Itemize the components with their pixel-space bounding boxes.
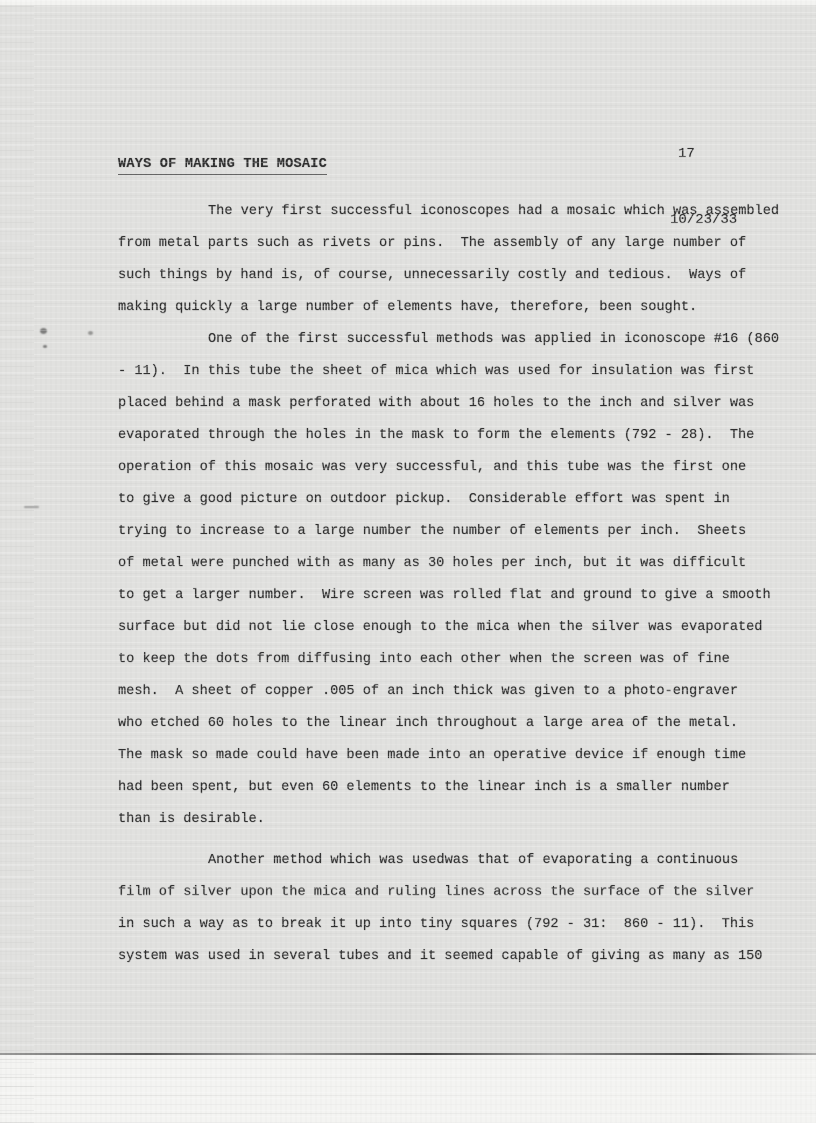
text-line: placed behind a mask perforated with abo…: [118, 388, 790, 420]
scan-fold-line-artifact: [0, 1053, 816, 1055]
scanned-document-page: 17 10/23/33 WAYS OF MAKING THE MOSAIC Th…: [0, 0, 816, 1123]
text-line: film of silver upon the mica and ruling …: [118, 877, 790, 909]
text-line: to keep the dots from diffusing into eac…: [118, 644, 790, 676]
ink-smudge: [43, 345, 47, 348]
text-line: in such a way as to break it up into tin…: [118, 909, 790, 941]
text-line: trying to increase to a large number the…: [118, 516, 790, 548]
text-line: surface but did not lie close enough to …: [118, 612, 790, 644]
ink-smudge: [88, 331, 93, 335]
text-line: Another method which was usedwas that of…: [118, 845, 790, 877]
text-line: evaporated through the holes in the mask…: [118, 420, 790, 452]
paragraphs: The very first successful iconoscopes ha…: [118, 196, 790, 973]
text-line: had been spent, but even 60 elements to …: [118, 772, 790, 804]
text-line: from metal parts such as rivets or pins.…: [118, 228, 790, 260]
document-title: WAYS OF MAKING THE MOSAIC: [118, 157, 327, 175]
paragraph: One of the first successful methods was …: [118, 324, 790, 836]
text-line: than is desirable.: [118, 804, 790, 836]
text-line: mesh. A sheet of copper .005 of an inch …: [118, 676, 790, 708]
scan-bottom-band-artifact: [0, 1055, 816, 1123]
typewritten-content: 17 10/23/33 WAYS OF MAKING THE MOSAIC Th…: [0, 0, 816, 1123]
scan-left-edge-streaks: [0, 0, 34, 1123]
paragraph: The very first successful iconoscopes ha…: [118, 196, 790, 324]
text-line: to give a good picture on outdoor pickup…: [118, 484, 790, 516]
text-line: such things by hand is, of course, unnec…: [118, 260, 790, 292]
page-number: 17: [670, 143, 737, 165]
text-line: - 11). In this tube the sheet of mica wh…: [118, 356, 790, 388]
text-line: who etched 60 holes to the linear inch t…: [118, 708, 790, 740]
paragraph: Another method which was usedwas that of…: [118, 845, 790, 973]
text-line: system was used in several tubes and it …: [118, 941, 790, 973]
ink-smudge: [40, 328, 47, 334]
text-line: to get a larger number. Wire screen was …: [118, 580, 790, 612]
text-line: operation of this mosaic was very succes…: [118, 452, 790, 484]
text-line: The very first successful iconoscopes ha…: [118, 196, 790, 228]
scan-top-edge-artifact: [0, 0, 816, 5]
text-line: One of the first successful methods was …: [118, 324, 790, 356]
text-line: making quickly a large number of element…: [118, 292, 790, 324]
text-line: of metal were punched with as many as 30…: [118, 548, 790, 580]
text-line: The mask so made could have been made in…: [118, 740, 790, 772]
